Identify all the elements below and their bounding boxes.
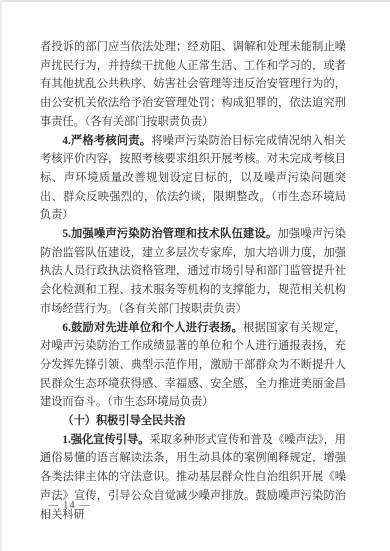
paragraph-body: 将噪声污染防治目标完成情况纳入相关考核评价内容，按照考核要求组织开展考核。对未完… — [40, 135, 346, 222]
document-text: 者投诉的部门应当依法处理；经劝阻、调解和处理未能制止噪声扰民行为，并持续干扰他人… — [40, 38, 346, 524]
paragraph: 4.严格考核问责。将噪声污染防治目标完成情况纳入相关考核评价内容，按照考核要求组… — [40, 132, 346, 226]
page-number: — 14 — — [48, 500, 91, 511]
document-page: 者投诉的部门应当依法处理；经劝阻、调解和处理未能制止噪声扰民行为，并持续干扰他人… — [0, 0, 390, 551]
paragraph-lead: 5.加强噪声污染防治管理和技术队伍建设。 — [62, 228, 277, 240]
paragraph: 者投诉的部门应当依法处理；经劝阻、调解和处理未能制止噪声扰民行为，并持续干扰他人… — [40, 38, 346, 132]
paragraph-body: 根据国家有关规定，对噪声污染防治工作成绩显著的单位和个人进行通报表扬，充分发挥先… — [40, 322, 346, 409]
paragraph: 5.加强噪声污染防治管理和技术队伍建设。加强噪声污染防治监管队伍建设，建立多层次… — [40, 225, 346, 319]
paragraph-lead: 4.严格考核问责。 — [62, 135, 151, 147]
paragraph-lead: 1.强化宣传引导。 — [62, 434, 149, 446]
paragraph: 6.鼓励对先进单位和个人进行表扬。根据国家有关规定，对噪声污染防治工作成绩显著的… — [40, 319, 346, 413]
scan-edge-left — [0, 0, 2, 551]
paragraph-lead: 6.鼓励对先进单位和个人进行表扬。 — [62, 322, 243, 334]
paragraph-body: 加强噪声污染防治监管队伍建设，建立多层次专家库，加大培训力度，加强执法人员行政执… — [40, 228, 346, 315]
paragraph: （十）积极引导全民共治 — [40, 412, 346, 431]
paragraph-body: 者投诉的部门应当依法处理；经劝阻、调解和处理未能制止噪声扰民行为，并持续干扰他人… — [40, 41, 346, 128]
paragraph-lead: （十）积极引导全民共治 — [62, 415, 185, 427]
scan-edge-top — [0, 0, 390, 2]
